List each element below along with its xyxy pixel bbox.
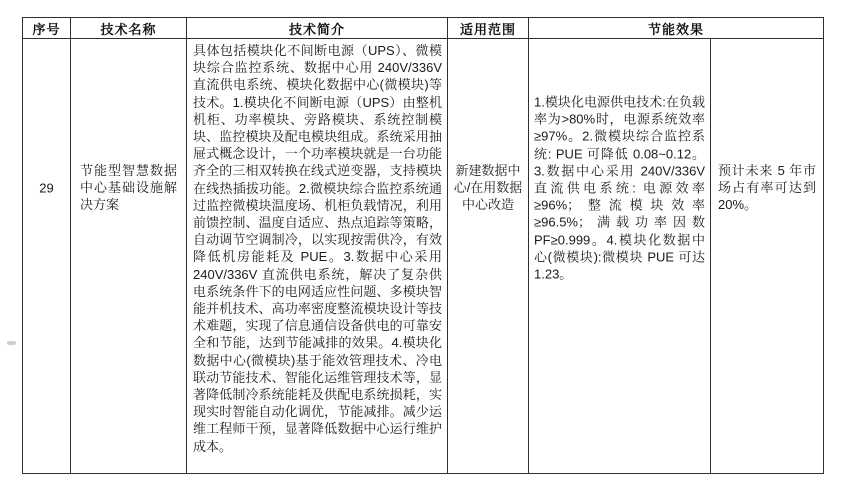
energy-saving-detail-text: 1.模块化电源供电技术:在负载率为>80%时，电源系统效率≥97%。2.微模块综… [529, 93, 710, 282]
market-share-forecast-text: 预计未来 5 年市场占有率可达到 20%。 [711, 162, 823, 214]
technology-catalog-table: 序号 技术名称 技术简介 适用范围 节能效果 29 节能型智慧数据中心基础设施解… [22, 17, 824, 474]
header-cell-serial-number: 序号 [23, 18, 71, 39]
cell-technology-summary: 具体包括模块化不间断电源（UPS）、微模块综合监控系统、数据中心用 240V/3… [187, 39, 448, 473]
technology-summary-text: 具体包括模块化不间断电源（UPS）、微模块综合监控系统、数据中心用 240V/3… [187, 39, 447, 473]
scan-artifact-mark [7, 341, 16, 345]
serial-number-value: 29 [23, 179, 70, 196]
header-cell-energy-saving-effect: 节能效果 [529, 18, 823, 39]
cell-technology-name: 节能型智慧数据中心基础设施解决方案 [71, 39, 187, 473]
technology-name-text: 节能型智慧数据中心基础设施解决方案 [71, 162, 186, 214]
header-label-technology-name: 技术名称 [100, 19, 156, 38]
header-label-serial-number: 序号 [32, 19, 60, 38]
header-cell-technology-summary: 技术简介 [187, 18, 448, 39]
document-page: 序号 技术名称 技术简介 适用范围 节能效果 29 节能型智慧数据中心基础设施解… [0, 0, 844, 500]
cell-market-share-forecast: 预计未来 5 年市场占有率可达到 20%。 [711, 39, 823, 473]
application-scope-text: 新建数据中心/在用数据中心改造 [448, 162, 528, 214]
header-cell-application-scope: 适用范围 [448, 18, 529, 39]
cell-application-scope: 新建数据中心/在用数据中心改造 [448, 39, 529, 473]
header-label-technology-summary: 技术简介 [289, 19, 345, 38]
cell-serial-number: 29 [23, 39, 71, 473]
header-cell-technology-name: 技术名称 [71, 18, 187, 39]
header-label-energy-saving-effect: 节能效果 [648, 19, 704, 38]
header-label-application-scope: 适用范围 [460, 19, 516, 38]
cell-energy-saving-detail: 1.模块化电源供电技术:在负载率为>80%时，电源系统效率≥97%。2.微模块综… [529, 39, 711, 473]
